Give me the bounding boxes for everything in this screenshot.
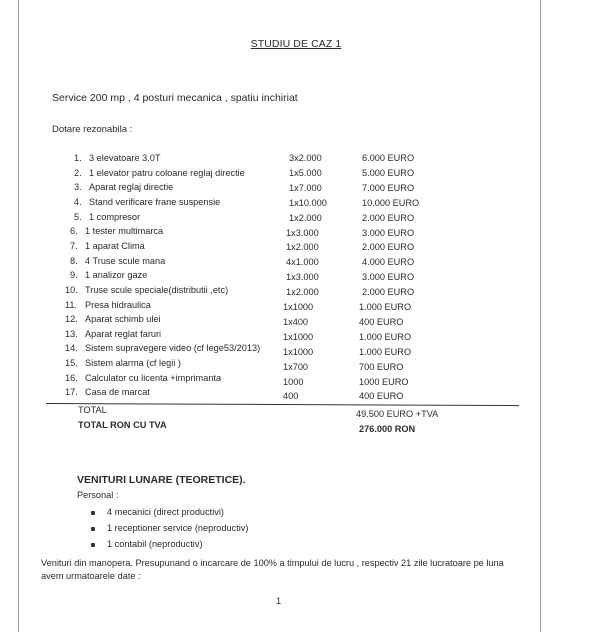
item-number: 16. [65,373,78,383]
item-quantity: 1x400 [283,317,308,327]
item-amount: 400 EURO [359,391,403,401]
item-quantity: 1x2.000 [286,287,319,297]
item-number: 14. [65,343,78,353]
personal-list-item: 4 mecanici (direct productivi) [91,507,224,517]
document-title: STUDIU DE CAZ 1 [0,38,592,50]
item-quantity: 1x3.000 [286,228,319,238]
bullet-icon [91,543,95,547]
item-amount: 1000 EURO [359,377,409,387]
bullet-icon [91,527,95,531]
item-amount: 2.000 EURO [362,287,414,297]
personal-label: Personal : [77,490,118,500]
total-ron-label: TOTAL RON CU TVA [78,420,167,430]
item-quantity: 1x1000 [283,347,313,357]
item-description: 1 tester multimarca [85,226,163,236]
item-number: 1. [74,153,82,163]
item-number: 4. [74,197,82,207]
venituri-paragraph: Venituri din manopera. Presupunand o inc… [41,557,511,583]
item-description: Calculator cu licenta +imprimanta [85,373,221,383]
item-number: 3. [74,182,82,192]
personal-item-text: 4 mecanici (direct productivi) [107,507,224,517]
page-edge-left [18,0,19,632]
item-quantity: 1x1000 [283,302,313,312]
personal-list-item: 1 receptioner service (neproductiv) [91,523,248,533]
item-number: 7. [70,241,78,251]
personal-item-text: 1 receptioner service (neproductiv) [107,523,248,533]
item-description: 3 elevatoare 3.0T [89,153,161,163]
item-number: 11. [65,300,77,310]
item-quantity: 1x5.000 [289,168,322,178]
item-amount: 2.000 EURO [362,242,414,252]
item-number: 8. [70,256,78,266]
item-description: Aparat reglaj directie [89,182,173,192]
total-divider [46,403,519,406]
item-description: Sistem supravegere video (cf lege53/2013… [85,343,260,353]
item-number: 15. [65,358,78,368]
item-quantity: 3x2.000 [289,153,322,163]
item-amount: 10.000 EURO [362,198,419,208]
item-description: Truse scule speciale(distributii ,etc) [85,285,228,295]
item-quantity: 1x1000 [283,332,313,342]
item-number: 10. [65,285,78,295]
section-label: Dotare rezonabila : [52,124,132,135]
item-number: 17. [65,387,78,397]
item-number: 2. [74,168,82,178]
item-quantity: 1x10.000 [289,198,327,208]
item-amount: 1.000 EURO [359,347,411,357]
item-amount: 1.000 EURO [359,332,411,342]
item-description: Sistem alarma (cf legii ) [85,358,181,368]
item-description: 1 aparat Clima [85,241,145,251]
item-number: 6. [70,226,78,236]
item-number: 13. [65,329,78,339]
item-amount: 700 EURO [359,362,403,372]
item-number: 9. [70,270,78,280]
item-description: Aparat reglat faruri [85,329,161,339]
item-number: 12. [65,314,78,324]
item-description: Stand verificare frane suspensie [89,197,220,207]
item-description: Aparat schimb ulei [85,314,161,324]
item-amount: 6.000 EURO [362,153,414,163]
total-ron-value: 276.000 RON [359,424,415,434]
item-quantity: 4x1.000 [286,257,319,267]
total-value: 49.500 EURO +TVA [356,409,438,419]
item-amount: 4.000 EURO [362,257,414,267]
item-amount: 2.000 EURO [362,213,414,223]
page-edge-right [540,0,541,632]
item-description: Casa de marcat [85,387,150,397]
item-quantity: 1x3.000 [286,272,319,282]
item-description: 1 elevator patru coloane reglaj directie [89,168,245,178]
item-number: 5. [74,212,82,222]
venituri-heading: VENITURI LUNARE (TEORETICE). [77,474,246,486]
personal-list-item: 1 contabil (neproductiv) [91,539,203,549]
page-number: 1 [276,596,281,606]
item-amount: 3.000 EURO [362,272,414,282]
item-quantity: 1000 [283,377,303,387]
document-subtitle: Service 200 mp , 4 posturi mecanica , sp… [52,92,298,104]
item-quantity: 400 [283,391,298,401]
total-label: TOTAL [78,405,107,415]
item-description: 1 analizor gaze [85,270,147,280]
item-quantity: 1x2.000 [289,213,322,223]
bullet-icon [91,511,95,515]
item-description: Presa hidraulica [85,300,151,310]
item-amount: 3.000 EURO [362,228,414,238]
item-amount: 1.000 EURO [359,302,411,312]
item-description: 4 Truse scule mana [85,256,165,266]
item-quantity: 1x700 [283,362,308,372]
item-description: 1 compresor [89,212,140,222]
item-amount: 5.000 EURO [362,168,414,178]
personal-item-text: 1 contabil (neproductiv) [107,539,203,549]
item-quantity: 1x7.000 [289,183,322,193]
item-quantity: 1x2.000 [286,242,319,252]
item-amount: 400 EURO [359,317,403,327]
item-amount: 7.000 EURO [362,183,414,193]
